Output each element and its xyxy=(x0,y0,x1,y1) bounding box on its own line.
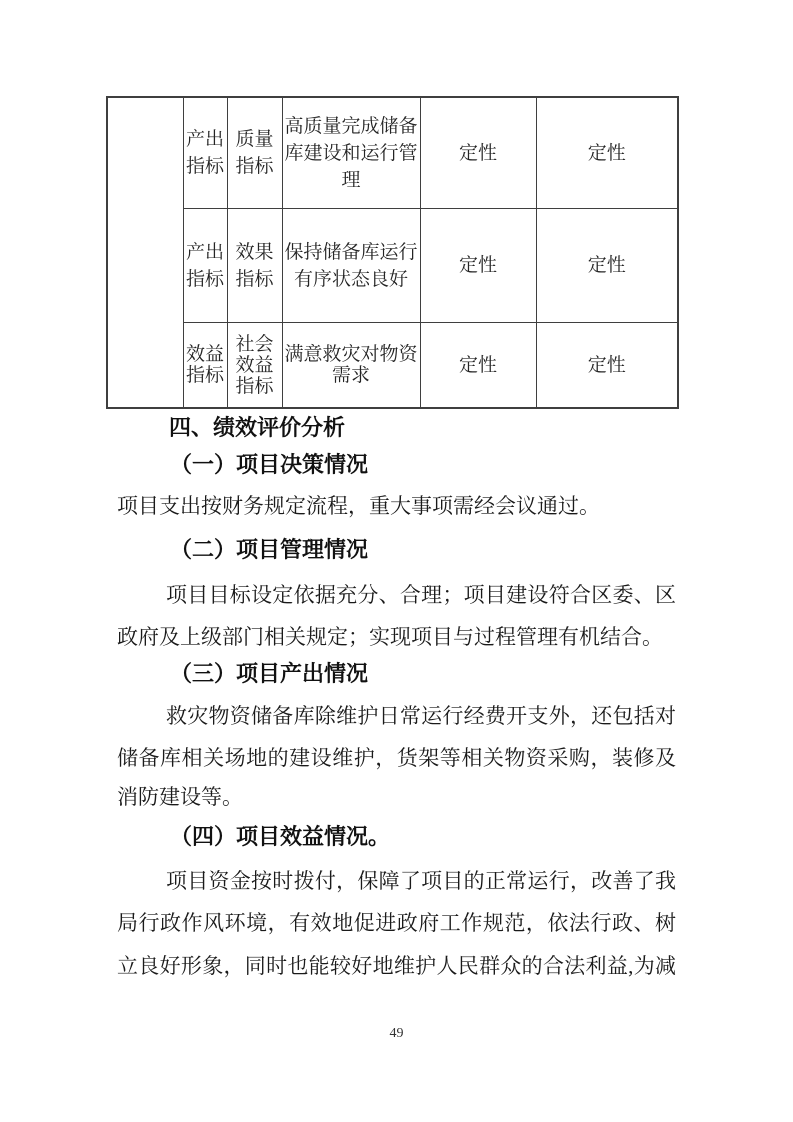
indicator-cell: 保持储备库运行有序状态良好 xyxy=(282,209,420,323)
value-type-cell: 定性 xyxy=(420,323,536,409)
category-cell: 产出指标 xyxy=(183,97,227,209)
subcategory-cell: 效果指标 xyxy=(227,209,282,323)
subheading-output: （三）项目产出情况 xyxy=(170,662,368,686)
table-row: 产出指标 效果指标 保持储备库运行有序状态良好 定性 定性 xyxy=(107,209,678,323)
subheading-management: （二）项目管理情况 xyxy=(170,538,368,562)
page-number: 49 xyxy=(0,1026,793,1042)
subheading-decision: （一）项目决策情况 xyxy=(170,453,368,477)
paragraph-line: 储备库相关场地的建设维护，货架等相关物资采购，装修及 xyxy=(117,746,676,770)
paragraph-line: 政府及上级部门相关规定；实现项目与过程管理有机结合。 xyxy=(117,625,663,649)
subcategory-cell: 社会效益指标 xyxy=(227,323,282,409)
subcategory-cell: 质量指标 xyxy=(227,97,282,209)
subheading-benefit: （四）项目效益情况。 xyxy=(170,825,390,849)
result-cell: 定性 xyxy=(536,97,678,209)
section-heading: 四、绩效评价分析 xyxy=(169,417,345,441)
paragraph-line: 救灾物资储备库除维护日常运行经费开支外，还包括对 xyxy=(166,704,676,728)
paragraph-line: 项目支出按财务规定流程，重大事项需经会议通过。 xyxy=(117,494,600,518)
table-row: 效益指标 社会效益指标 满意救灾对物资需求 定性 定性 xyxy=(107,323,678,409)
indicator-table: 产出指标 质量指标 高质量完成储备库建设和运行管理 定性 定性 产出指标 效果指… xyxy=(106,96,679,409)
table-row: 产出指标 质量指标 高质量完成储备库建设和运行管理 定性 定性 xyxy=(107,97,678,209)
result-cell: 定性 xyxy=(536,209,678,323)
indicator-cell: 满意救灾对物资需求 xyxy=(282,323,420,409)
paragraph-line: 项目资金按时拨付，保障了项目的正常运行，改善了我 xyxy=(166,869,676,893)
document-page: 产出指标 质量指标 高质量完成储备库建设和运行管理 定性 定性 产出指标 效果指… xyxy=(0,0,793,1122)
paragraph-line: 局行政作风环境，有效地促进政府工作规范，依法行政、树 xyxy=(117,911,676,935)
value-type-cell: 定性 xyxy=(420,209,536,323)
paragraph-line: 消防建设等。 xyxy=(117,785,243,809)
result-cell: 定性 xyxy=(536,323,678,409)
paragraph-line: 立良好形象，同时也能较好地维护人民群众的合法利益,为减 xyxy=(117,954,676,978)
category-cell: 产出指标 xyxy=(183,209,227,323)
paragraph-line: 项目目标设定依据充分、合理；项目建设符合区委、区 xyxy=(166,583,676,607)
value-type-cell: 定性 xyxy=(420,97,536,209)
indicator-cell: 高质量完成储备库建设和运行管理 xyxy=(282,97,420,209)
table-empty-cell xyxy=(107,97,183,408)
category-cell: 效益指标 xyxy=(183,323,227,409)
